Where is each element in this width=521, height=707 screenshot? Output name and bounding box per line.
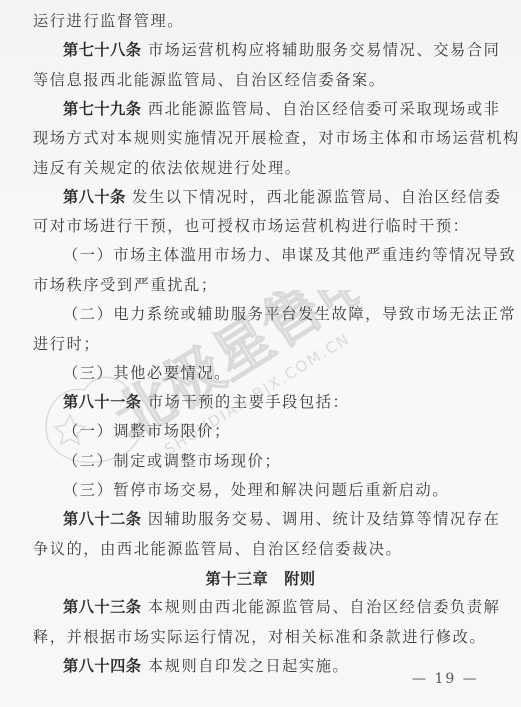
list-item: （三）其他必要情况。 (63, 363, 231, 383)
paragraph-line: 争议的，由西北能源监管局、自治区经信委裁决。 (33, 539, 402, 559)
document-page: 运行进行监督管理。 第七十八条 市场运营机构应将辅助服务交易情况、交易合同 等信… (0, 0, 521, 707)
article-heading: 第七十九条 (63, 100, 141, 118)
paragraph-line: 市场秩序受到严重扰乱； (33, 275, 218, 295)
paragraph-line: 现场方式对本规则实施情况开展检查，对市场主体和市场运营机构 (33, 128, 520, 148)
article-79: 第七十九条 西北能源监管局、自治区经信委可采取现场或非 (63, 99, 500, 119)
article-heading: 第八十条 (63, 188, 126, 206)
article-84: 第八十四条 本规则自印发之日起实施。 (63, 656, 349, 676)
list-item: （三）暂停市场交易，处理和解决问题后重新启动。 (63, 480, 449, 500)
paragraph-line: 违反有关规定的依法依规进行处理。 (33, 158, 302, 178)
article-83: 第八十三条 本规则由西北能源监管局、自治区经信委负责解 (63, 597, 500, 617)
list-item: （一）市场主体滥用市场力、串谋及其他严重违约等情况导致 (63, 245, 516, 265)
page-number: — 19 — (412, 671, 479, 687)
article-81: 第八十一条 市场干预的主要手段包括： (63, 392, 349, 412)
paragraph-line: 可对市场进行干预，也可授权市场运营机构进行临时干预： (33, 216, 469, 236)
paragraph-line: 运行进行监督管理。 (33, 11, 184, 31)
article-82: 第八十二条 因辅助服务交易、调用、统计及结算等情况存在 (63, 509, 500, 529)
article-78: 第七十八条 市场运营机构应将辅助服务交易情况、交易合同 (63, 40, 500, 60)
list-item: （二）制定或调整市场现价； (63, 451, 281, 471)
paragraph-line: 进行时； (33, 334, 100, 354)
list-item: （一）调整市场限价； (63, 421, 231, 441)
list-item: （二）电力系统或辅助服务平台发生故障，导致市场无法正常 (63, 304, 516, 324)
article-heading: 第八十三条 (63, 598, 141, 616)
article-heading: 第七十八条 (63, 41, 141, 59)
article-heading: 第八十二条 (63, 510, 141, 528)
paragraph-line: 等信息报西北能源监管局、自治区经信委备案。 (33, 70, 386, 90)
article-heading: 第八十四条 (63, 657, 141, 675)
article-80: 第八十条 发生以下情况时，西北能源监管局、自治区经信委 (63, 187, 502, 207)
chapter-heading: 第十三章附则 (0, 568, 521, 589)
paragraph-line: 释，并根据市场实际运行情况，对相关标准和条款进行修改。 (33, 627, 486, 647)
article-heading: 第八十一条 (63, 393, 141, 411)
